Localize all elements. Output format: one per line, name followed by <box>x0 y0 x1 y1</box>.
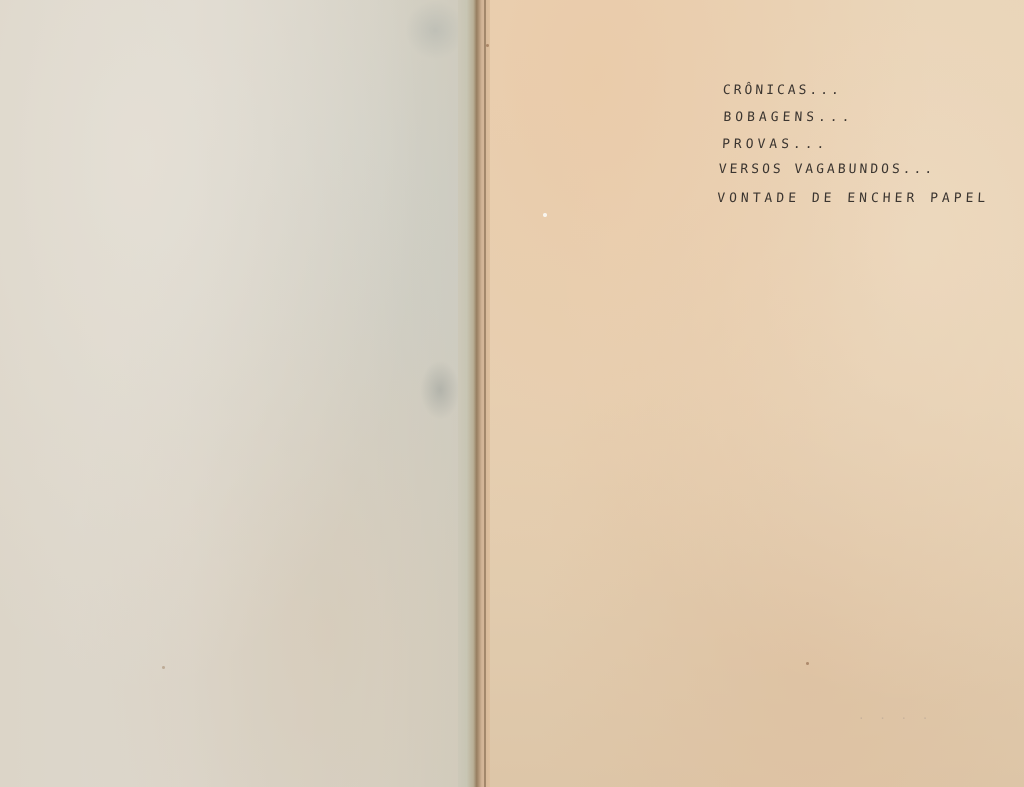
spine-fold-line <box>484 0 486 787</box>
book-spine <box>458 0 492 787</box>
stain-top <box>405 0 465 60</box>
handwritten-notes: CRÔNICAS... BOBAGENS... PROVAS... VERSOS… <box>715 84 995 205</box>
paper-speck <box>543 213 547 217</box>
left-page <box>0 0 470 787</box>
paper-speck <box>486 44 489 47</box>
book-spread: CRÔNICAS... BOBAGENS... PROVAS... VERSOS… <box>0 0 1024 787</box>
paper-speck <box>162 666 165 669</box>
note-line-provas: PROVAS... <box>721 138 992 163</box>
note-line-versos-vagabundos: VERSOS VAGABUNDOS... <box>718 163 992 192</box>
paper-speck <box>806 662 809 665</box>
note-line-bobagens: BOBAGENS... <box>722 111 993 138</box>
faint-mark: · · · · <box>858 712 932 725</box>
stain-middle <box>420 360 460 420</box>
note-line-vontade-de-encher-papel: VONTADE DE ENCHER PAPEL <box>717 192 990 205</box>
note-line-cronicas: CRÔNICAS... <box>722 84 995 111</box>
